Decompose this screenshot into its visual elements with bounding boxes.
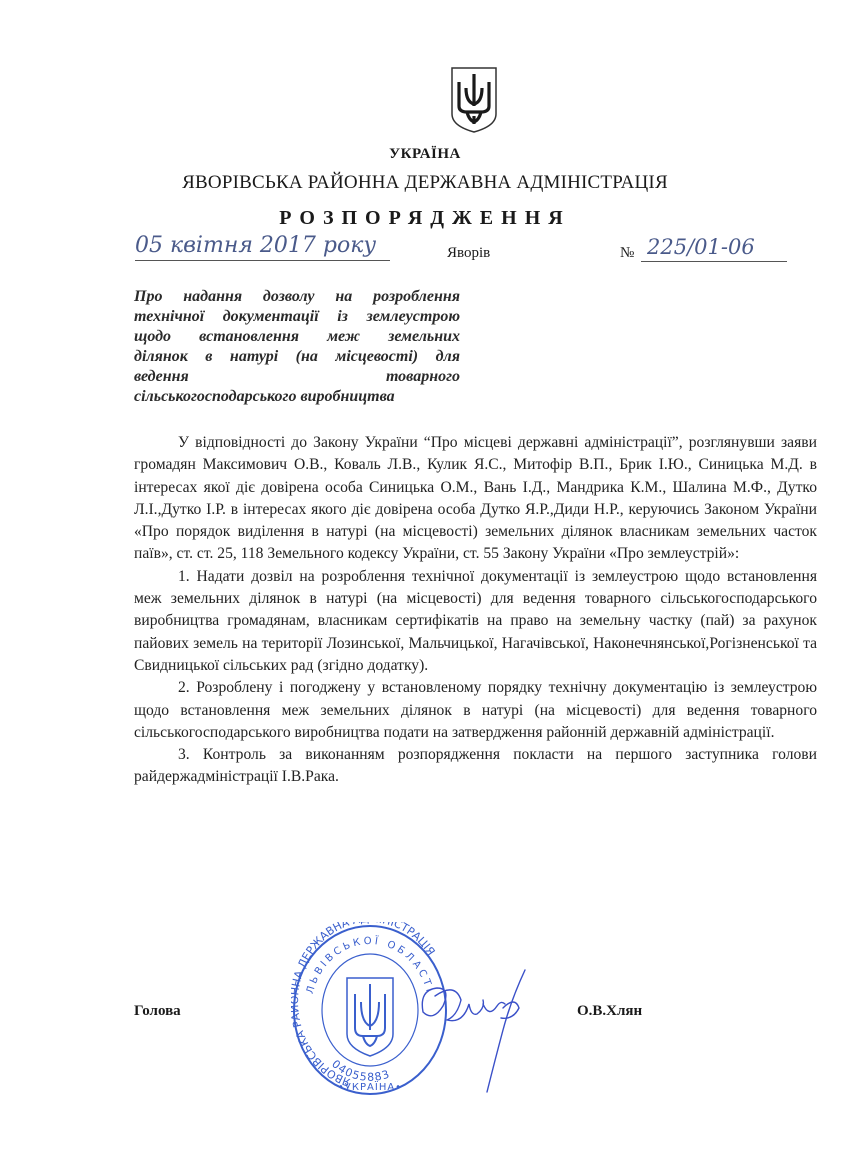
country-name: УКРАЇНА bbox=[0, 146, 850, 163]
subject-line: ділянок в натурі (на місцевості) для bbox=[134, 347, 460, 367]
stamp-bottom-text: •УКРАЇНА• bbox=[338, 1080, 402, 1093]
trident-coat-of-arms-icon bbox=[449, 66, 499, 134]
subject-line: Про надання дозволу на розроблення bbox=[134, 287, 460, 307]
document-body: У відповідності до Закону України “Про м… bbox=[134, 432, 817, 789]
handwritten-signature bbox=[415, 960, 535, 1100]
signatory-name: О.В.Хлян bbox=[577, 1003, 642, 1020]
subject-line: ведення товарного bbox=[134, 367, 460, 387]
order-item-2: 2. Розроблену і погоджену у встановленом… bbox=[134, 677, 817, 744]
preamble-paragraph: У відповідності до Закону України “Про м… bbox=[134, 432, 817, 566]
stamp-trident-icon bbox=[347, 978, 393, 1056]
document-type: РОЗПОРЯДЖЕННЯ bbox=[0, 207, 850, 230]
subject-line: сільськогосподарського виробництва bbox=[134, 387, 460, 407]
subject-line: технічної документації із землеустрою bbox=[134, 307, 460, 327]
place-of-issue: Яворів bbox=[447, 245, 490, 262]
organization-name: ЯВОРІВСЬКА РАЙОННА ДЕРЖАВНА АДМІНІСТРАЦІ… bbox=[0, 172, 850, 194]
document-subject: Про надання дозволу на розроблення техні… bbox=[134, 287, 460, 407]
subject-line: щодо встановлення меж земельних bbox=[134, 327, 460, 347]
order-item-1: 1. Надати дозвіл на розроблення технічно… bbox=[134, 566, 817, 677]
handwritten-date: 05 квітня 2017 року bbox=[135, 233, 390, 261]
handwritten-number: 225/01-06 bbox=[641, 235, 787, 262]
number-label: № bbox=[620, 245, 634, 262]
order-item-3: 3. Контроль за виконанням розпорядження … bbox=[134, 744, 817, 789]
signatory-title: Голова bbox=[134, 1003, 181, 1020]
